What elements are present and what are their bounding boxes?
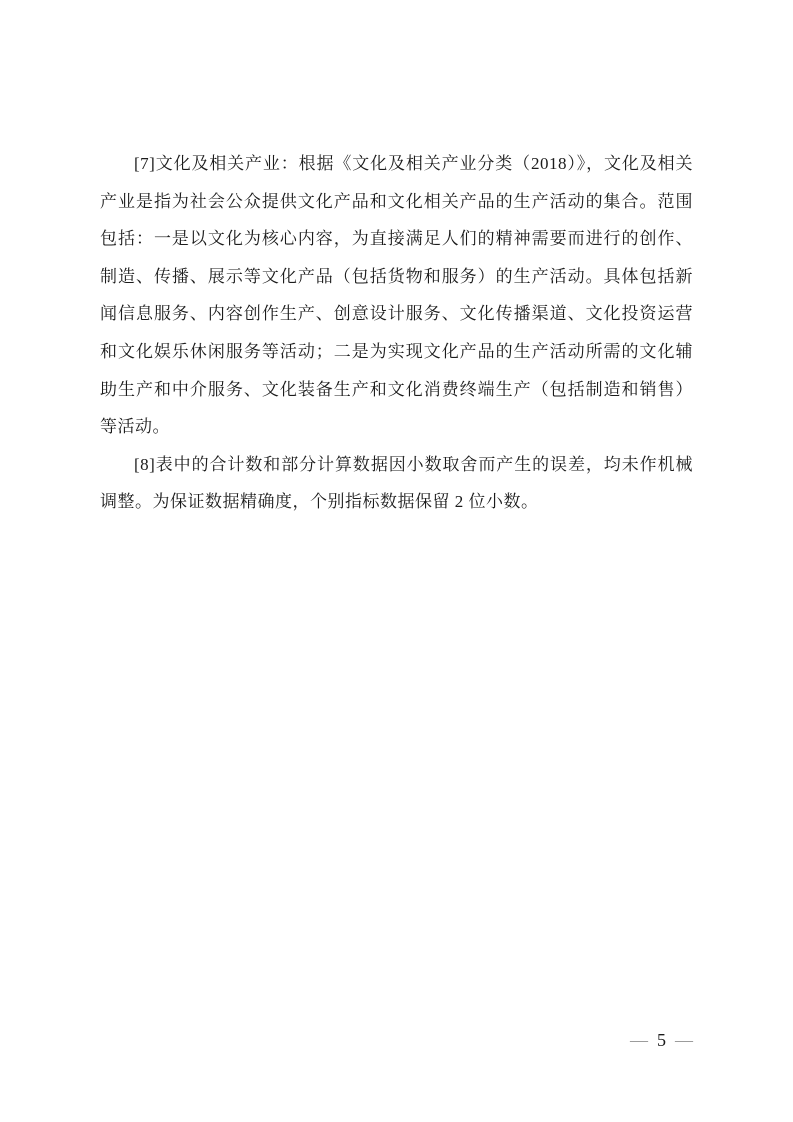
document-page: [7]文化及相关产业：根据《文化及相关产业分类（2018）》，文化及相关产业是指… bbox=[0, 0, 793, 1122]
page-number-dash-left: — bbox=[630, 1028, 648, 1052]
footnote-7: [7]文化及相关产业：根据《文化及相关产业分类（2018）》，文化及相关产业是指… bbox=[100, 145, 693, 446]
page-number-value: 5 bbox=[657, 1028, 666, 1052]
page-number-dash-right: — bbox=[675, 1028, 693, 1052]
footnote-8: [8]表中的合计数和部分计算数据因小数取舍而产生的误差，均未作机械调整。为保证数… bbox=[100, 446, 693, 521]
footnotes-section: [7]文化及相关产业：根据《文化及相关产业分类（2018）》，文化及相关产业是指… bbox=[100, 145, 693, 521]
page-number: — 5 — bbox=[630, 1028, 693, 1052]
